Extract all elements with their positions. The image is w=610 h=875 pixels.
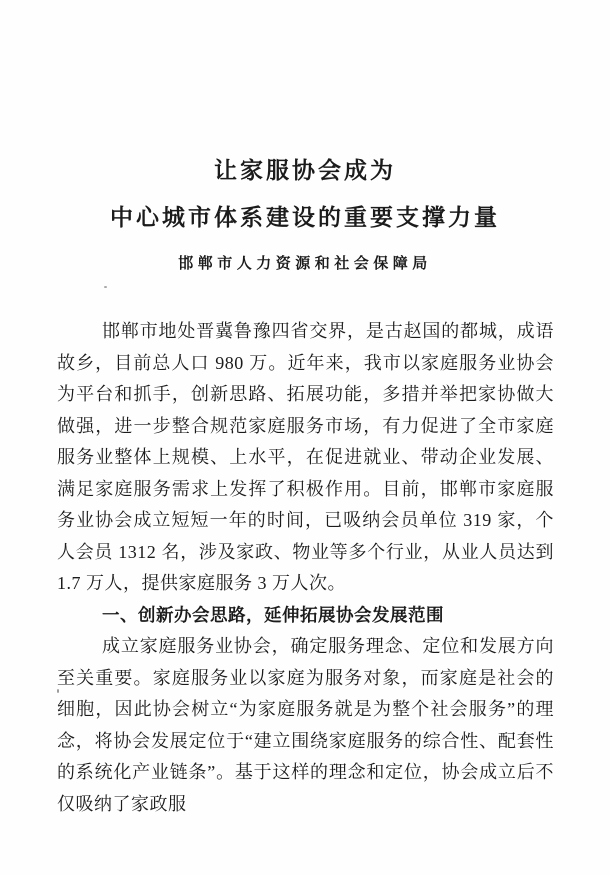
- paragraph-section-1: 成立家庭服务业协会，确定服务理念、定位和发展方向至关重要。家庭服务业以家庭为服务…: [57, 631, 554, 820]
- document-page: 让家服协会成为 中心城市体系建设的重要支撑力量 邯郸市人力资源和社会保障局 邯郸…: [0, 0, 610, 875]
- paragraph-intro: 邯郸市地处晋冀鲁豫四省交界，是古赵国的都城，成语故乡，目前总人口 980 万。近…: [57, 316, 554, 600]
- document-body: 邯郸市地处晋冀鲁豫四省交界，是古赵国的都城，成语故乡，目前总人口 980 万。近…: [0, 316, 610, 820]
- scan-speckle: [57, 689, 59, 693]
- document-author: 邯郸市人力资源和社会保障局: [0, 254, 610, 274]
- title-line-1: 让家服协会成为: [0, 147, 610, 194]
- scan-speckle: [104, 286, 107, 288]
- section-heading-1: 一、创新办会思路，延伸拓展协会发展范围: [57, 600, 554, 632]
- document-title: 让家服协会成为 中心城市体系建设的重要支撑力量: [0, 0, 610, 241]
- title-line-2: 中心城市体系建设的重要支撑力量: [0, 194, 610, 241]
